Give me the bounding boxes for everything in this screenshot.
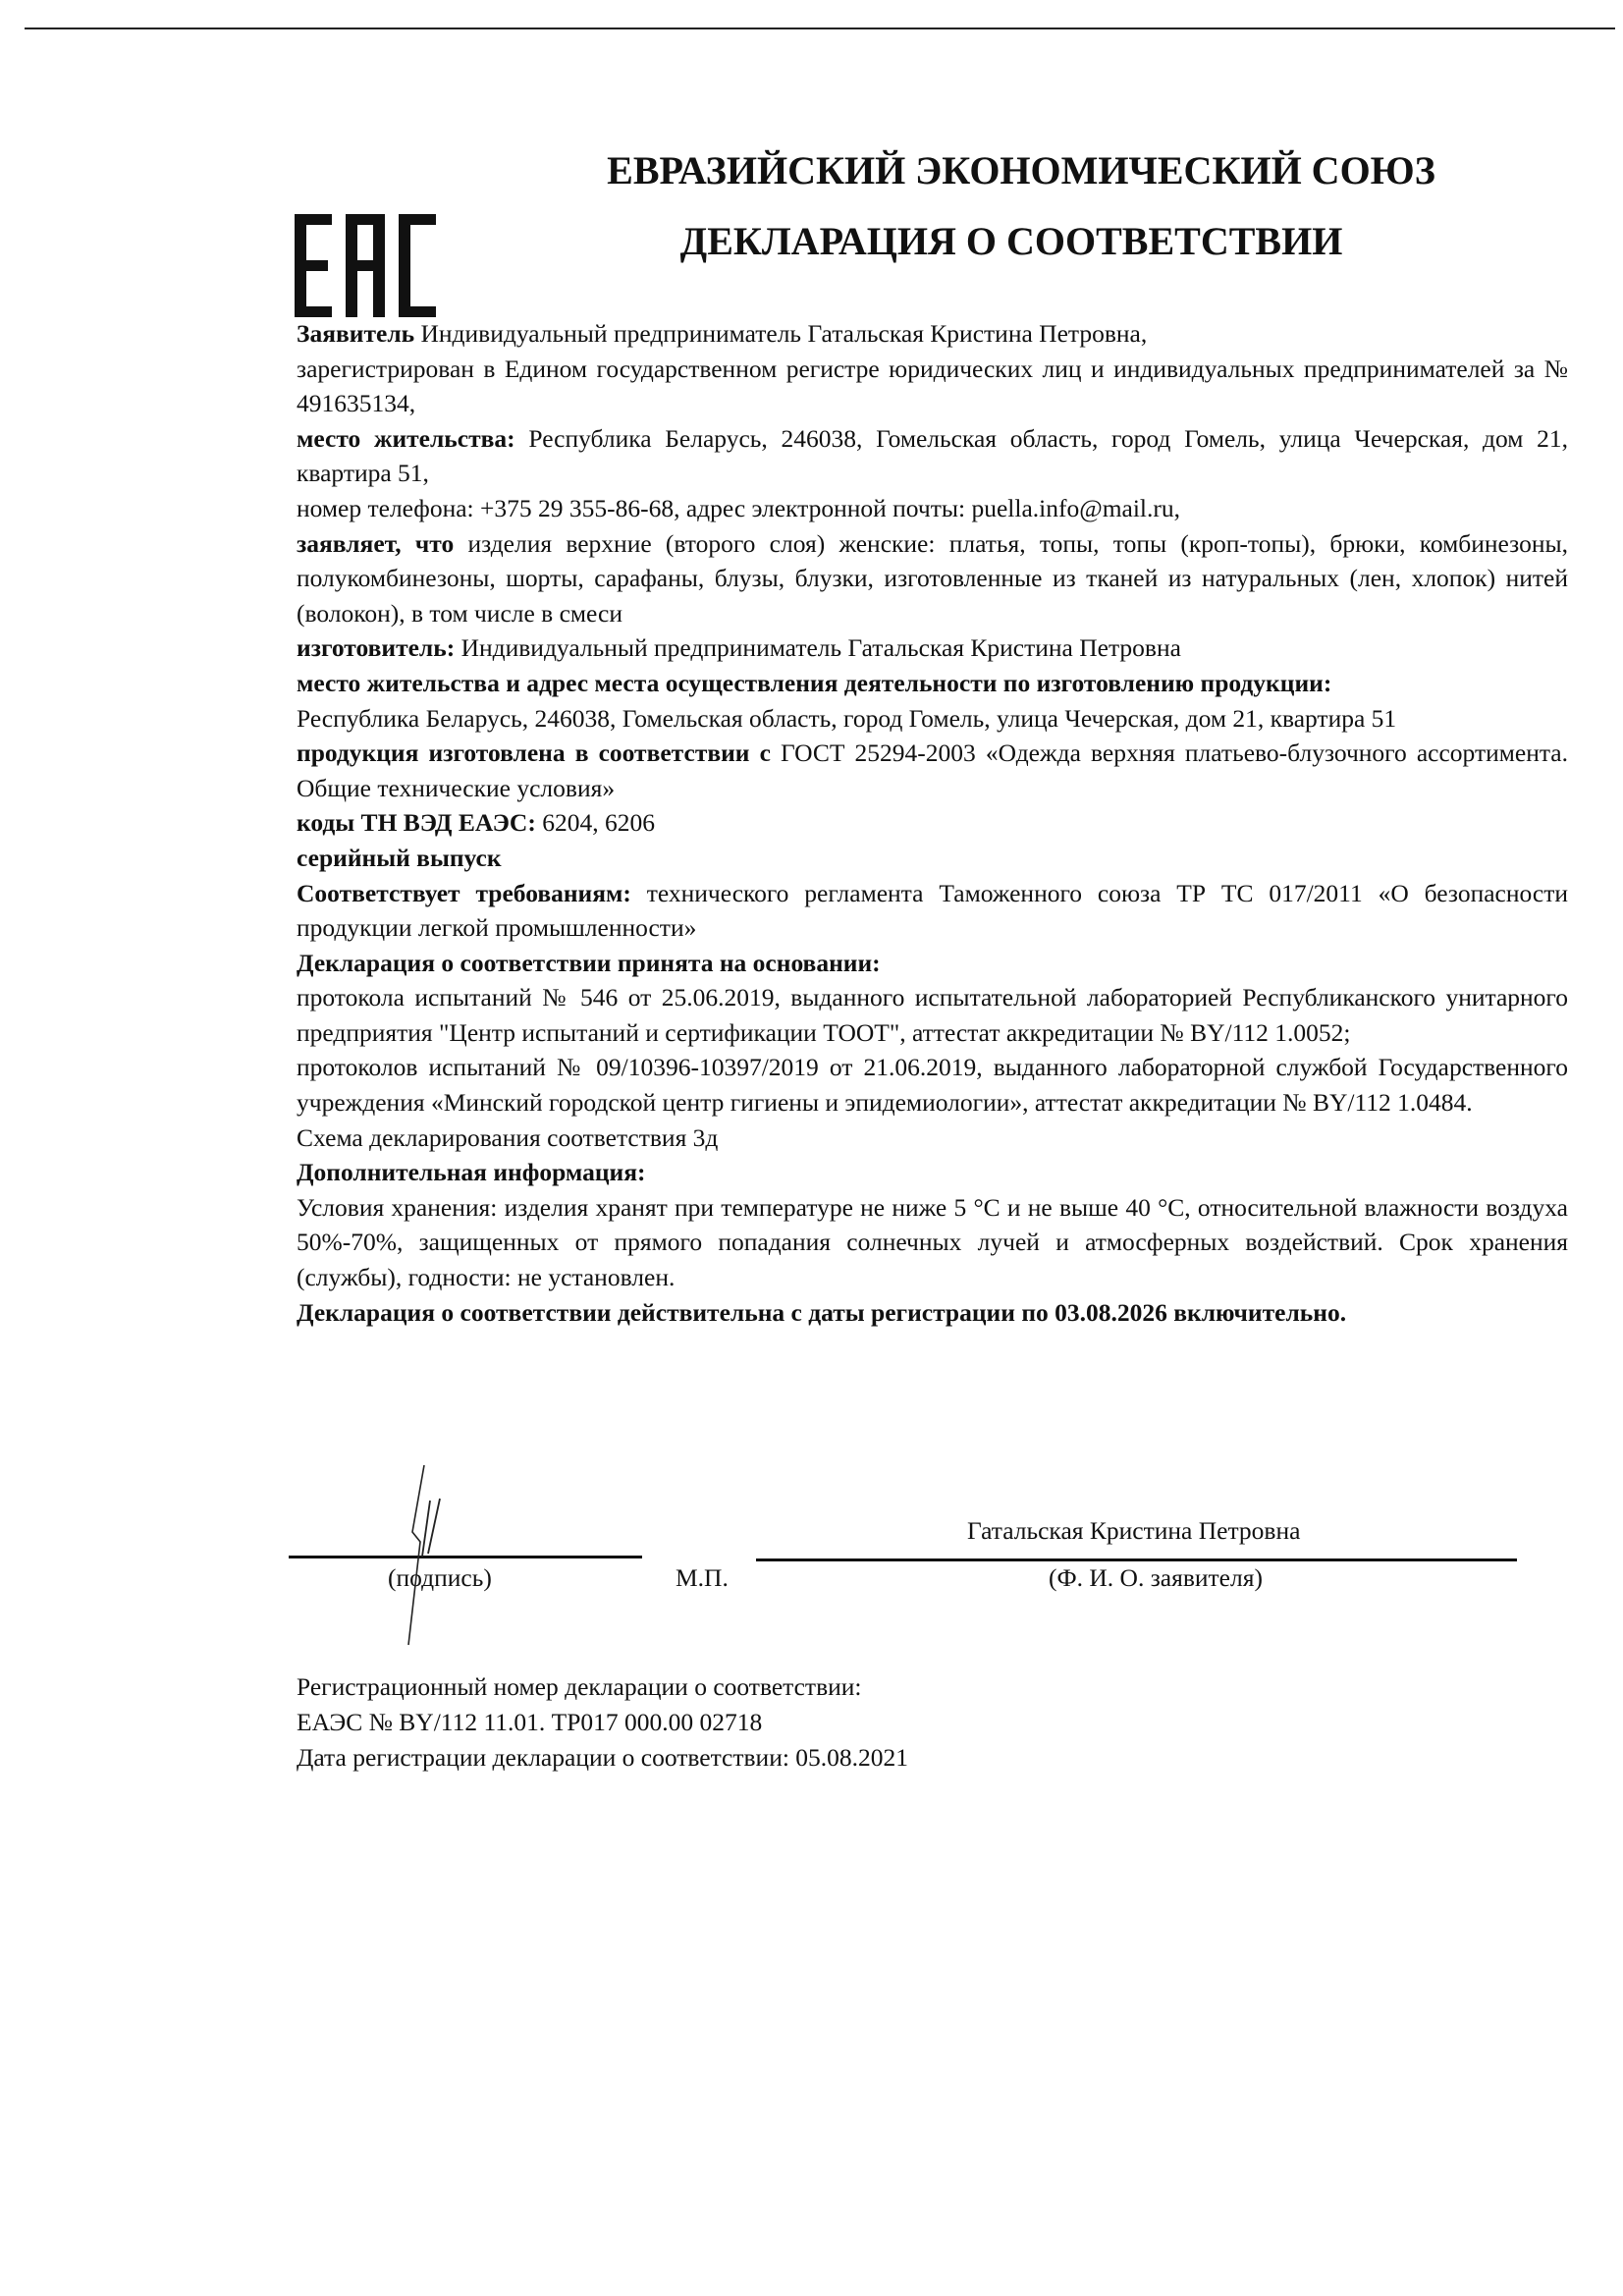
compliance-block: Соответствует требованиям: технического …	[297, 876, 1568, 946]
declares-label: заявляет, что	[297, 529, 454, 558]
basis-protocol-2: протоколов испытаний № 09/10396-10397/20…	[297, 1050, 1568, 1120]
standard-label: продукция изготовлена в соответствии с	[297, 738, 771, 767]
manufacturer-block: изготовитель: Индивидуальный предпринима…	[297, 630, 1568, 666]
document-title: ДЕКЛАРАЦИЯ О СООТВЕТСТВИИ	[589, 218, 1434, 264]
scan-top-edge-line	[25, 27, 1615, 29]
applicant-registration: зарегистрирован в Едином государственном…	[297, 355, 1568, 418]
codes-value: 6204, 6206	[536, 808, 655, 837]
manufacturer-address-label: место жительства и адрес места осуществл…	[297, 666, 1568, 701]
declaration-scheme: Схема декларирования соответствия 3д	[297, 1121, 1568, 1156]
compliance-label: Соответствует требованиям:	[297, 879, 631, 907]
residence-block: место жительства: Республика Беларусь, 2…	[297, 421, 1568, 491]
registration-number: ЕАЭС № BY/112 11.01. ТР017 000.00 02718	[297, 1705, 908, 1740]
additional-info-label: Дополнительная информация:	[297, 1155, 1568, 1190]
serial-release: серийный выпуск	[297, 841, 1568, 876]
registration-block: Регистрационный номер декларации о соотв…	[297, 1669, 908, 1776]
declares-block: заявляет, что изделия верхние (второго с…	[297, 526, 1568, 631]
contacts: номер телефона: +375 29 355-86-68, адрес…	[297, 491, 1568, 526]
registration-number-label: Регистрационный номер декларации о соотв…	[297, 1669, 908, 1705]
applicant-name: Индивидуальный предприниматель Гатальска…	[414, 319, 1147, 348]
codes-block: коды ТН ВЭД ЕАЭС: 6204, 6206	[297, 805, 1568, 841]
stamp-label: М.П.	[676, 1563, 729, 1593]
manufacturer-name: Индивидуальный предприниматель Гатальска…	[455, 633, 1181, 662]
name-caption: (Ф. И. О. заявителя)	[1049, 1563, 1263, 1593]
codes-label: коды ТН ВЭД ЕАЭС:	[297, 808, 536, 837]
basis-label: Декларация о соответствии принята на осн…	[297, 946, 1568, 981]
union-title: ЕВРАЗИЙСКИЙ ЭКОНОМИЧЕСКИЙ СОЮЗ	[550, 147, 1492, 193]
eac-logo-icon	[295, 214, 437, 317]
residence-label: место жительства:	[297, 424, 515, 453]
applicant-label: Заявитель	[297, 319, 414, 348]
declaration-body: Заявитель Индивидуальный предприниматель…	[297, 316, 1568, 1330]
declares-text: изделия верхние (второго слоя) женские: …	[297, 529, 1568, 628]
handwritten-signature-icon	[373, 1463, 491, 1650]
applicant-block: Заявитель Индивидуальный предприниматель…	[297, 316, 1568, 421]
validity-statement: Декларация о соответствии действительна …	[297, 1295, 1568, 1331]
standard-block: продукция изготовлена в соответствии с Г…	[297, 736, 1568, 805]
manufacturer-label: изготовитель:	[297, 633, 455, 662]
name-line	[756, 1558, 1517, 1561]
basis-protocol-1: протокола испытаний № 546 от 25.06.2019,…	[297, 980, 1568, 1050]
additional-info-text: Условия хранения: изделия хранят при тем…	[297, 1190, 1568, 1295]
signer-name: Гатальская Кристина Петровна	[967, 1516, 1300, 1546]
registration-date: Дата регистрации декларации о соответств…	[297, 1740, 908, 1776]
manufacturer-address: Республика Беларусь, 246038, Гомельская …	[297, 701, 1568, 737]
